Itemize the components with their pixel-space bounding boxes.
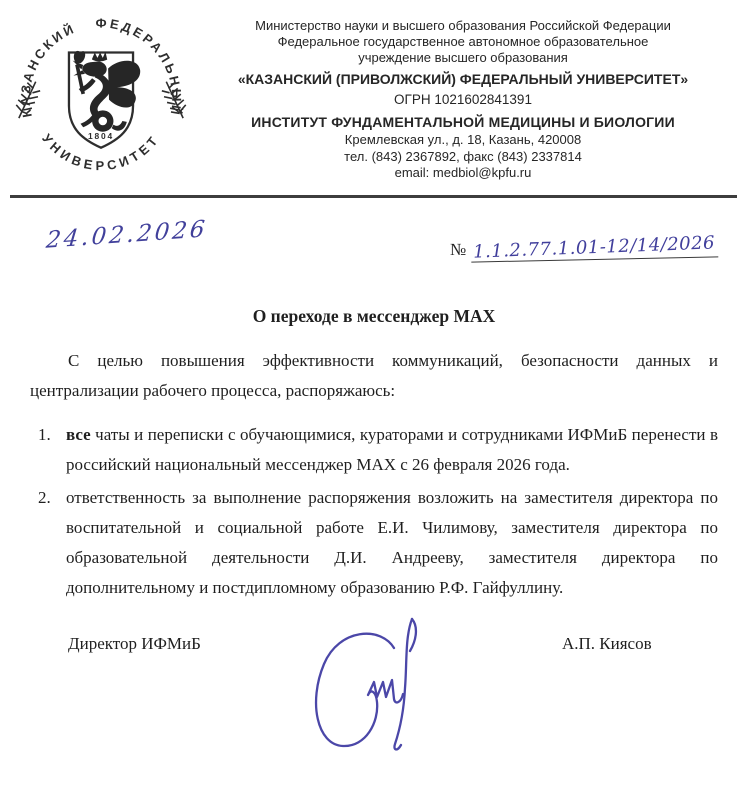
list-item: 2. ответственность за выполнение распоря… [30,483,718,603]
list-item-text: чаты и переписки с обучающимися, куратор… [66,425,718,474]
numero-sign: № [450,240,471,260]
document-page: КАЗАНСКИЙ ФЕДЕРАЛЬНЫЙ УНИВЕРСИТЕТ [0,0,744,800]
intro-paragraph: С целью повышения эффективности коммуник… [30,346,718,406]
emblem-year: 1804 [88,131,114,141]
university-name: «КАЗАНСКИЙ (ПРИВОЛЖСКИЙ) ФЕДЕРАЛЬНЫЙ УНИ… [198,71,728,88]
ogrn-number: ОГРН 1021602841391 [198,91,728,108]
ministry-line-3: учреждение высшего образования [198,50,728,66]
number-underline: 1.1.2.77.1.01-12/14/2026 [471,227,718,262]
handwritten-date: 24.02.2026 [45,216,209,254]
phone-line: тел. (843) 2367892, факс (843) 2337814 [198,149,728,165]
signer-name: А.П. Киясов [562,634,652,654]
list-item-number: 1. [38,420,51,450]
document-number-row: № 1.1.2.77.1.01-12/14/2026 [450,230,718,260]
ordered-list: 1. все чаты и переписки с обучающимися, … [30,420,718,603]
institute-name: ИНСТИТУТ ФУНДАМЕНТАЛЬНОЙ МЕДИЦИНЫ И БИОЛ… [198,114,728,131]
letterhead: Министерство науки и высшего образования… [198,18,728,181]
header-divider [10,195,737,198]
handwritten-number: 1.1.2.77.1.01-12/14/2026 [473,232,716,262]
ministry-line-1: Министерство науки и высшего образования… [198,18,728,34]
list-item: 1. все чаты и переписки с обучающимися, … [30,420,718,480]
document-title: О переходе в мессенджер MAX [30,306,718,327]
kfu-emblem-icon: КАЗАНСКИЙ ФЕДЕРАЛЬНЫЙ УНИВЕРСИТЕТ [12,6,190,188]
list-item-text: ответственность за выполнение распоряжен… [66,488,718,597]
address-line: Кремлевская ул., д. 18, Казань, 420008 [198,132,728,148]
signer-position: Директор ИФМиБ [68,634,201,654]
handwritten-signature-icon [291,602,447,772]
document-body: С целью повышения эффективности коммуник… [30,346,718,606]
list-item-number: 2. [38,483,51,513]
ministry-line-2: Федеральное государственное автономное о… [198,34,728,50]
list-item-bold-lead: все [66,425,91,444]
email-line: email: medbiol@kpfu.ru [198,165,728,181]
